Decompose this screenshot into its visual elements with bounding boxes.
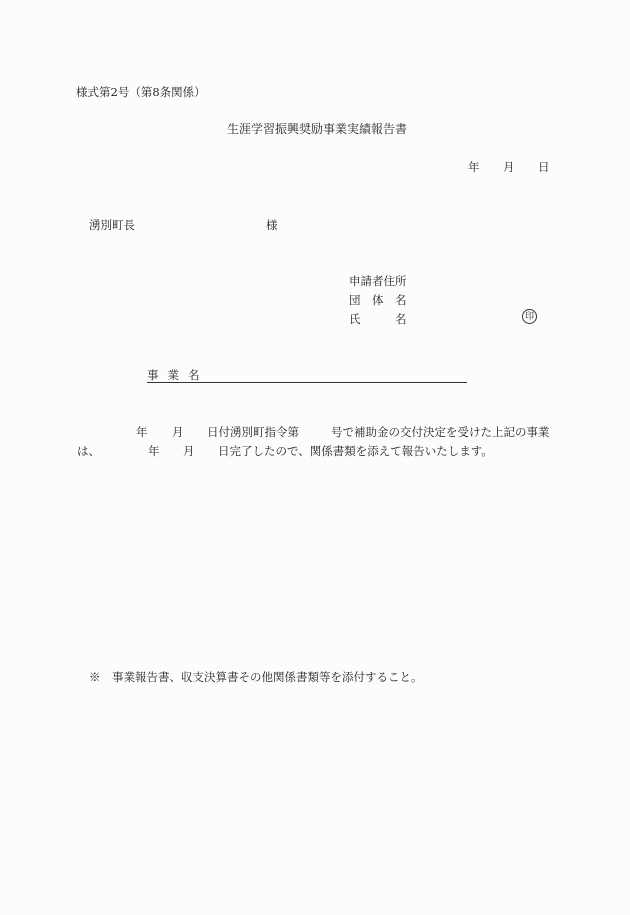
date-month-label: 月 [503, 160, 515, 174]
body-text-2: 日完了したので、関係書類を添えて報告いたします。 [218, 444, 493, 458]
body-prefix-2: は、 [77, 444, 100, 458]
project-name-label: 事業名 [147, 368, 209, 382]
body-text-1a: 日付湧別町指令第 [207, 425, 299, 439]
applicant-address-label: 申請者住所 [349, 274, 407, 288]
body-month-1: 月 [172, 425, 184, 439]
attachment-note: ※ 事業報告書、収支決算書その他関係書類等を添付すること。 [89, 670, 423, 684]
body-text-1b: 号で補助金の交付決定を受けた上記の事業 [331, 425, 550, 439]
document-title: 生涯学習振興奨励事業実績報告書 [227, 122, 407, 136]
addressee-honorific: 様 [266, 218, 278, 232]
body-year-1: 年 [136, 425, 148, 439]
date-year-label: 年 [468, 160, 480, 174]
form-number: 様式第2号（第8条関係） [76, 85, 206, 99]
applicant-name-label: 氏 名 [349, 312, 407, 326]
applicant-organization-label: 団 体 名 [349, 293, 407, 307]
body-year-2: 年 [148, 444, 160, 458]
body-month-2: 月 [183, 444, 195, 458]
addressee-name: 湧別町長 [89, 218, 135, 232]
seal-icon: 印 [522, 309, 537, 324]
project-name-field[interactable]: 事業名 [147, 368, 467, 383]
date-day-label: 日 [538, 160, 550, 174]
